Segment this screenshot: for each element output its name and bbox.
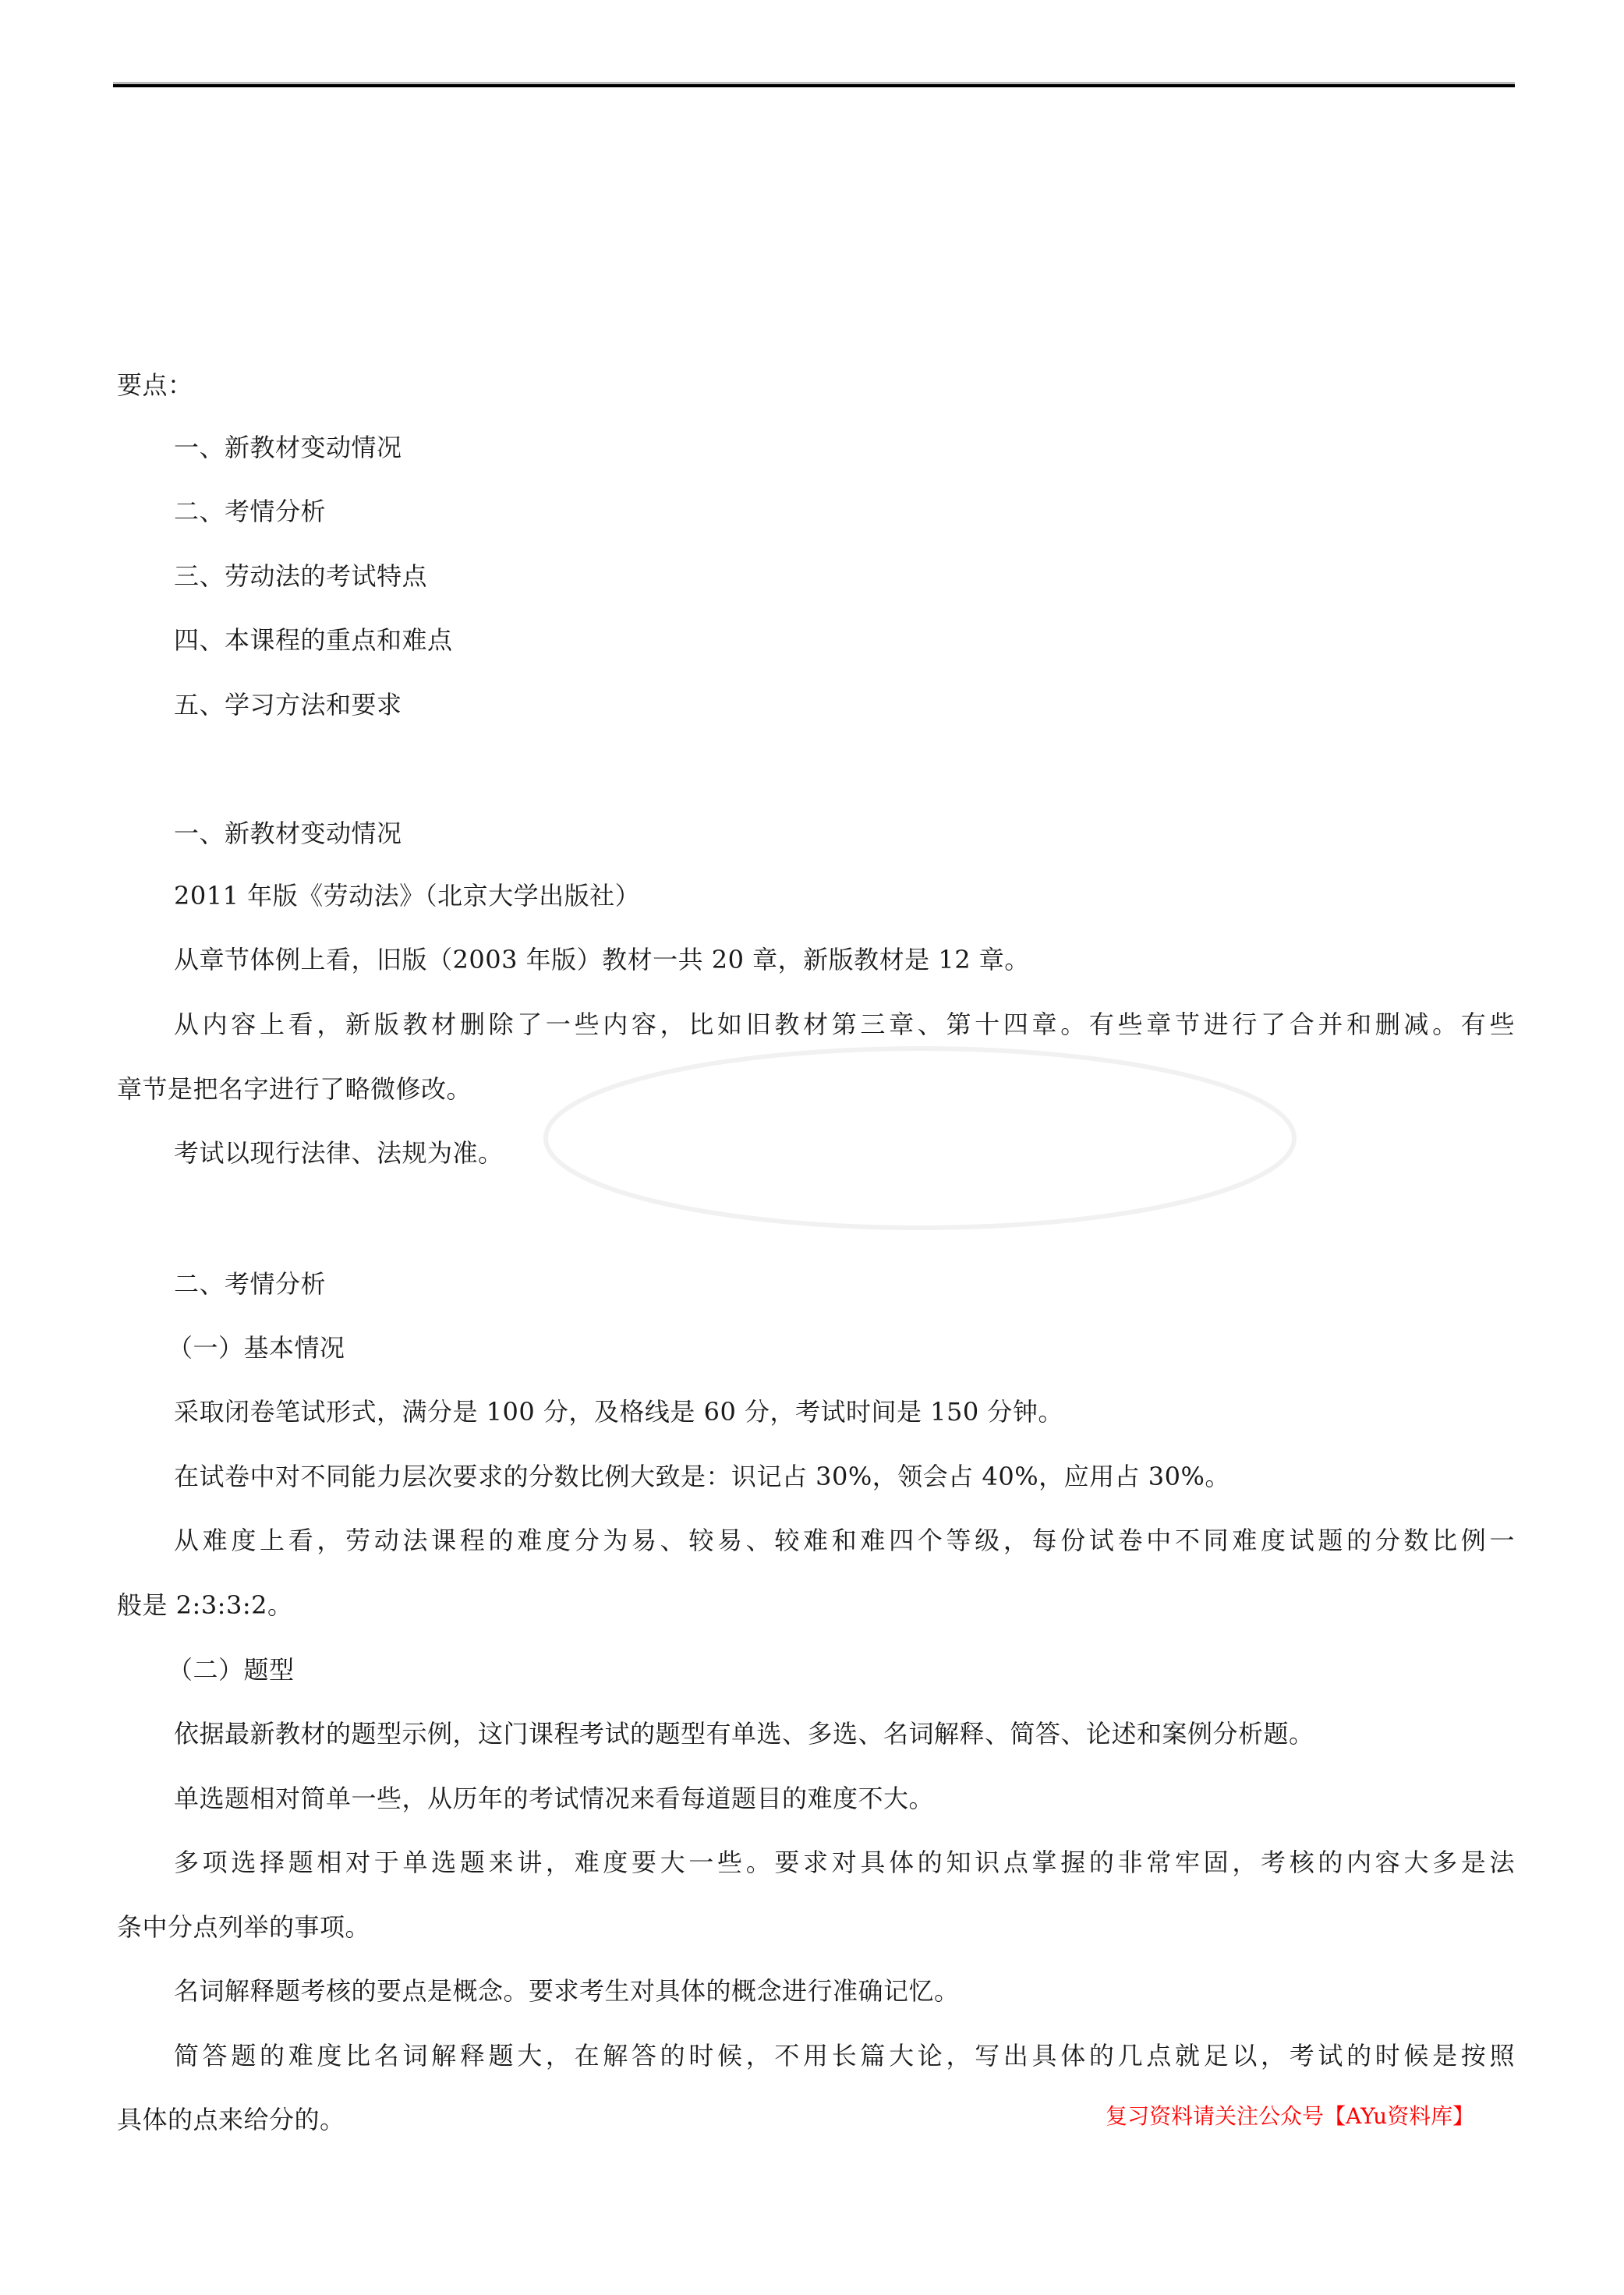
section2-sub2-heading: （二）题型 — [168, 1654, 295, 1685]
section2-sub2-paragraph-5-cont: 具体的点来给分的。 — [117, 2104, 345, 2135]
outline-item-2: 二、考情分析 — [174, 496, 326, 527]
section1-paragraph-4: 考试以现行法律、法规为准。 — [174, 1137, 504, 1169]
outline-item-5: 五、学习方法和要求 — [174, 689, 402, 720]
section1-heading: 一、新教材变动情况 — [174, 818, 402, 849]
section2-sub1-paragraph-3-cont: 般是 2:3:3:2。 — [117, 1590, 292, 1621]
section1-paragraph-2: 从章节体例上看，旧版（2003 年版）教材一共 20 章，新版教材是 12 章。 — [174, 944, 1030, 975]
section2-sub2-paragraph-2: 单选题相对简单一些，从历年的考试情况来看每道题目的难度不大。 — [174, 1783, 934, 1814]
section1-paragraph-3-cont: 章节是把名字进行了略微修改。 — [117, 1073, 472, 1105]
header-rule-black-band — [113, 84, 1515, 87]
section1-paragraph-3: 从内容上看，新版教材删除了一些内容，比如旧教材第三章、第十四章。有些章节进行了合… — [174, 1009, 1515, 1040]
section2-sub1-heading: （一）基本情况 — [168, 1332, 345, 1363]
faint-watermark — [530, 1037, 1310, 1239]
section2-sub1-paragraph-1: 采取闭卷笔试形式，满分是 100 分，及格线是 60 分，考试时间是 150 分… — [174, 1396, 1063, 1427]
promo-note: 复习资料请关注公众号【AYu资料库】 — [1106, 2102, 1474, 2131]
section2-sub2-paragraph-5: 简答题的难度比名词解释题大，在解答的时候，不用长篇大论，写出具体的几点就足以，考… — [174, 2040, 1515, 2071]
outline-label: 要点： — [117, 370, 193, 401]
outline-item-4: 四、本课程的重点和难点 — [174, 624, 453, 656]
section2-sub1-paragraph-3: 从难度上看，劳动法课程的难度分为易、较易、较难和难四个等级，每份试卷中不同难度试… — [174, 1525, 1515, 1556]
section2-sub1-paragraph-2: 在试卷中对不同能力层次要求的分数比例大致是：识记占 30%，领会占 40%，应用… — [174, 1461, 1230, 1492]
section1-paragraph-1: 2011 年版《劳动法》（北京大学出版社） — [174, 880, 640, 911]
section2-sub2-paragraph-3-cont: 条中分点列举的事项。 — [117, 1911, 370, 1943]
section2-sub2-paragraph-3: 多项选择题相对于单选题来讲，难度要大一些。要求对具体的知识点掌握的非常牢固，考核… — [174, 1847, 1515, 1878]
outline-item-1: 一、新教材变动情况 — [174, 432, 402, 463]
outline-item-3: 三、劳动法的考试特点 — [174, 560, 427, 592]
section2-sub2-paragraph-4: 名词解释题考核的要点是概念。要求考生对具体的概念进行准确记忆。 — [174, 1975, 960, 2007]
section2-heading: 二、考情分析 — [174, 1268, 326, 1300]
section2-sub2-paragraph-1: 依据最新教材的题型示例，这门课程考试的题型有单选、多选、名词解释、简答、论述和案… — [174, 1718, 1314, 1749]
header-rule — [113, 82, 1515, 87]
